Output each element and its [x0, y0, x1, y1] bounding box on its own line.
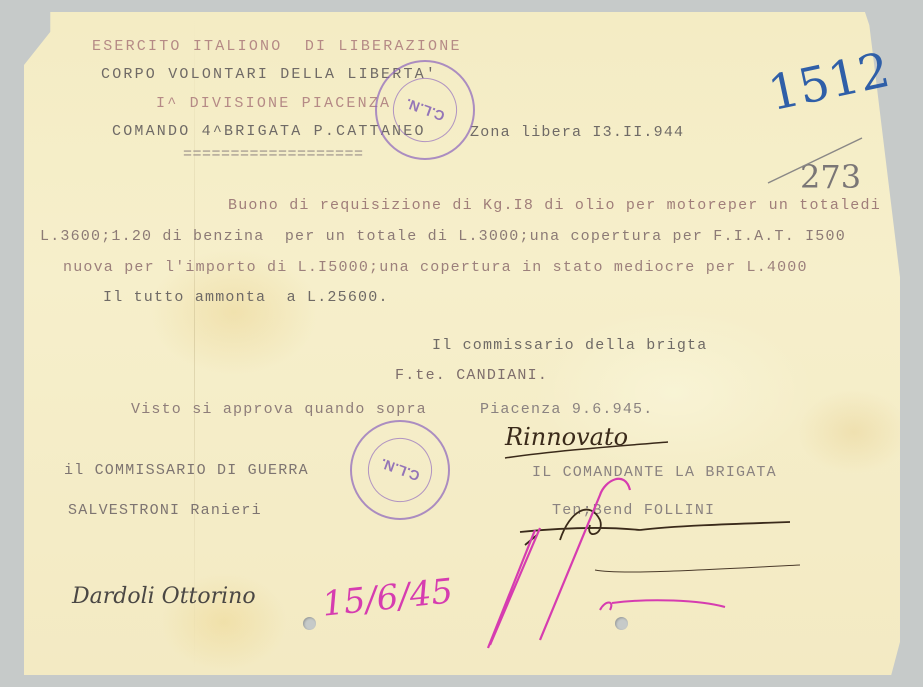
magenta-approval-mark — [488, 479, 630, 648]
punch-hole-left — [303, 617, 316, 630]
punch-hole-right — [615, 617, 628, 630]
ink-strokes — [0, 0, 923, 687]
commander-signature — [520, 510, 790, 545]
renewed-underline — [505, 442, 668, 458]
pencil-divider-line — [768, 138, 862, 183]
magenta-initials — [600, 600, 725, 610]
signature-underline — [595, 565, 800, 572]
